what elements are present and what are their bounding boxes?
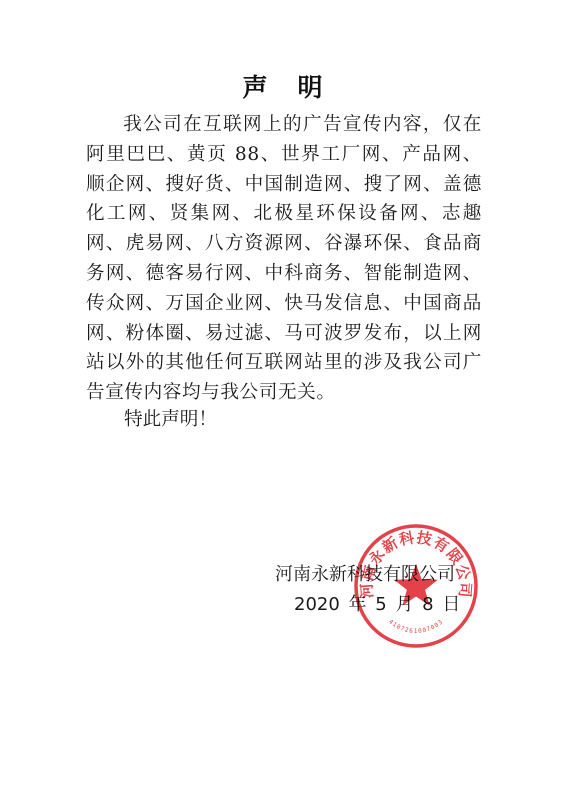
seal-number: 4107261007003 <box>387 618 445 635</box>
star-icon <box>394 564 438 606</box>
svg-text:4107261007003: 4107261007003 <box>387 618 445 635</box>
document-page: 声明 我公司在互联网上的广告宣传内容，仅在阿里巴巴、黄页 88、世界工厂网、产品… <box>0 0 565 800</box>
company-seal-icon: 河南永新科技有限公司 4107261007003 <box>352 522 480 650</box>
statement-body: 我公司在互联网上的广告宣传内容，仅在阿里巴巴、黄页 88、世界工厂网、产品网、顺… <box>86 110 482 408</box>
page-title: 声明 <box>0 70 565 106</box>
closing-line: 特此声明！ <box>124 405 217 435</box>
